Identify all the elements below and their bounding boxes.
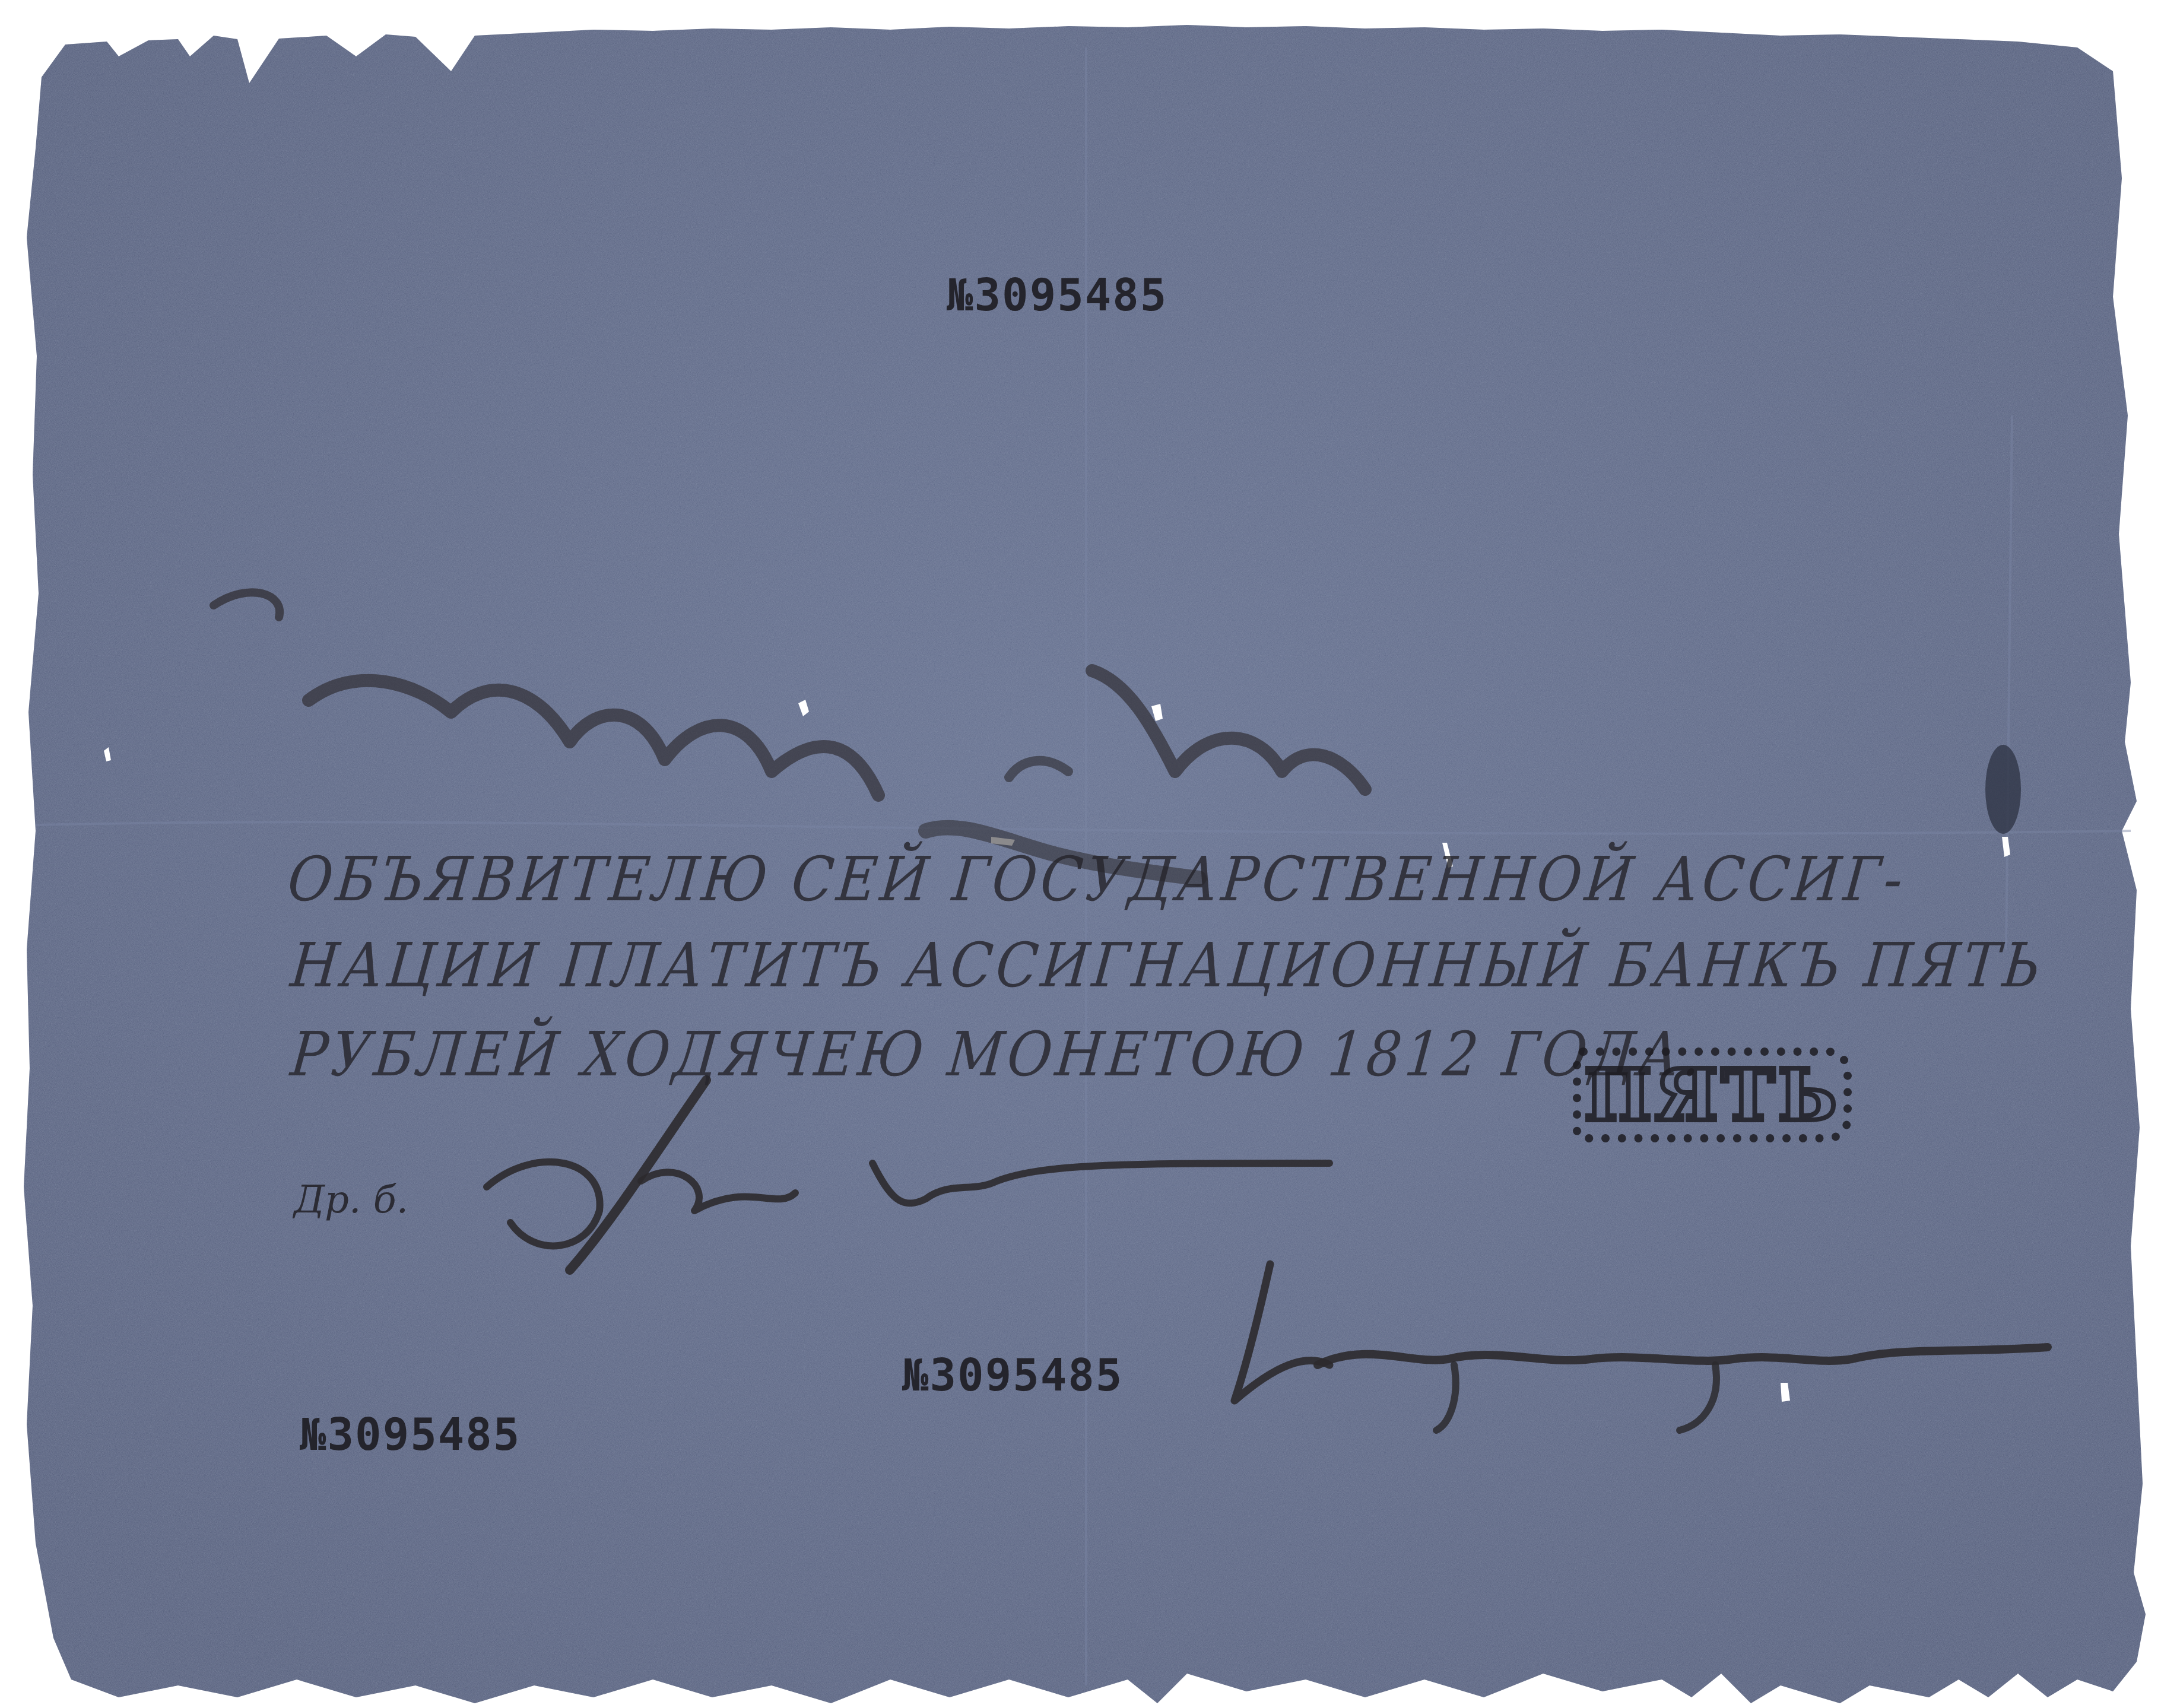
serial-number-bottom-left: №3095485 [300, 1409, 521, 1461]
body-text-line-3: РУБЛЕЙ ХОДЯЧЕЮ МОНЕТОЮ 1812 ГОДА. [288, 1019, 1708, 1090]
body-text-line-1: ОБЪЯВИТЕЛЮ СЕЙ ГОСУДАРСТВЕННОЙ АССИГ- [285, 844, 1909, 915]
denomination-stamp: ПЯТЬ [1573, 1047, 1852, 1142]
serial-number-bottom-middle: №3095485 [902, 1350, 1123, 1401]
banknote-paper: №3095485 ОБЪЯВИТЕЛЮ СЕЙ ГОСУДАРСТВЕННОЙ … [0, 0, 2180, 1708]
body-text-line-2: НАЦИИ ПЛАТИТЪ АССИГНАЦИОННЫЙ БАНКЪ ПЯТЬ [288, 930, 2047, 1001]
denomination-stamp-text: ПЯТЬ [1584, 1053, 1840, 1137]
serial-number-top: №3095485 [947, 270, 1167, 321]
note-prefix: Др. б. [294, 1178, 408, 1222]
